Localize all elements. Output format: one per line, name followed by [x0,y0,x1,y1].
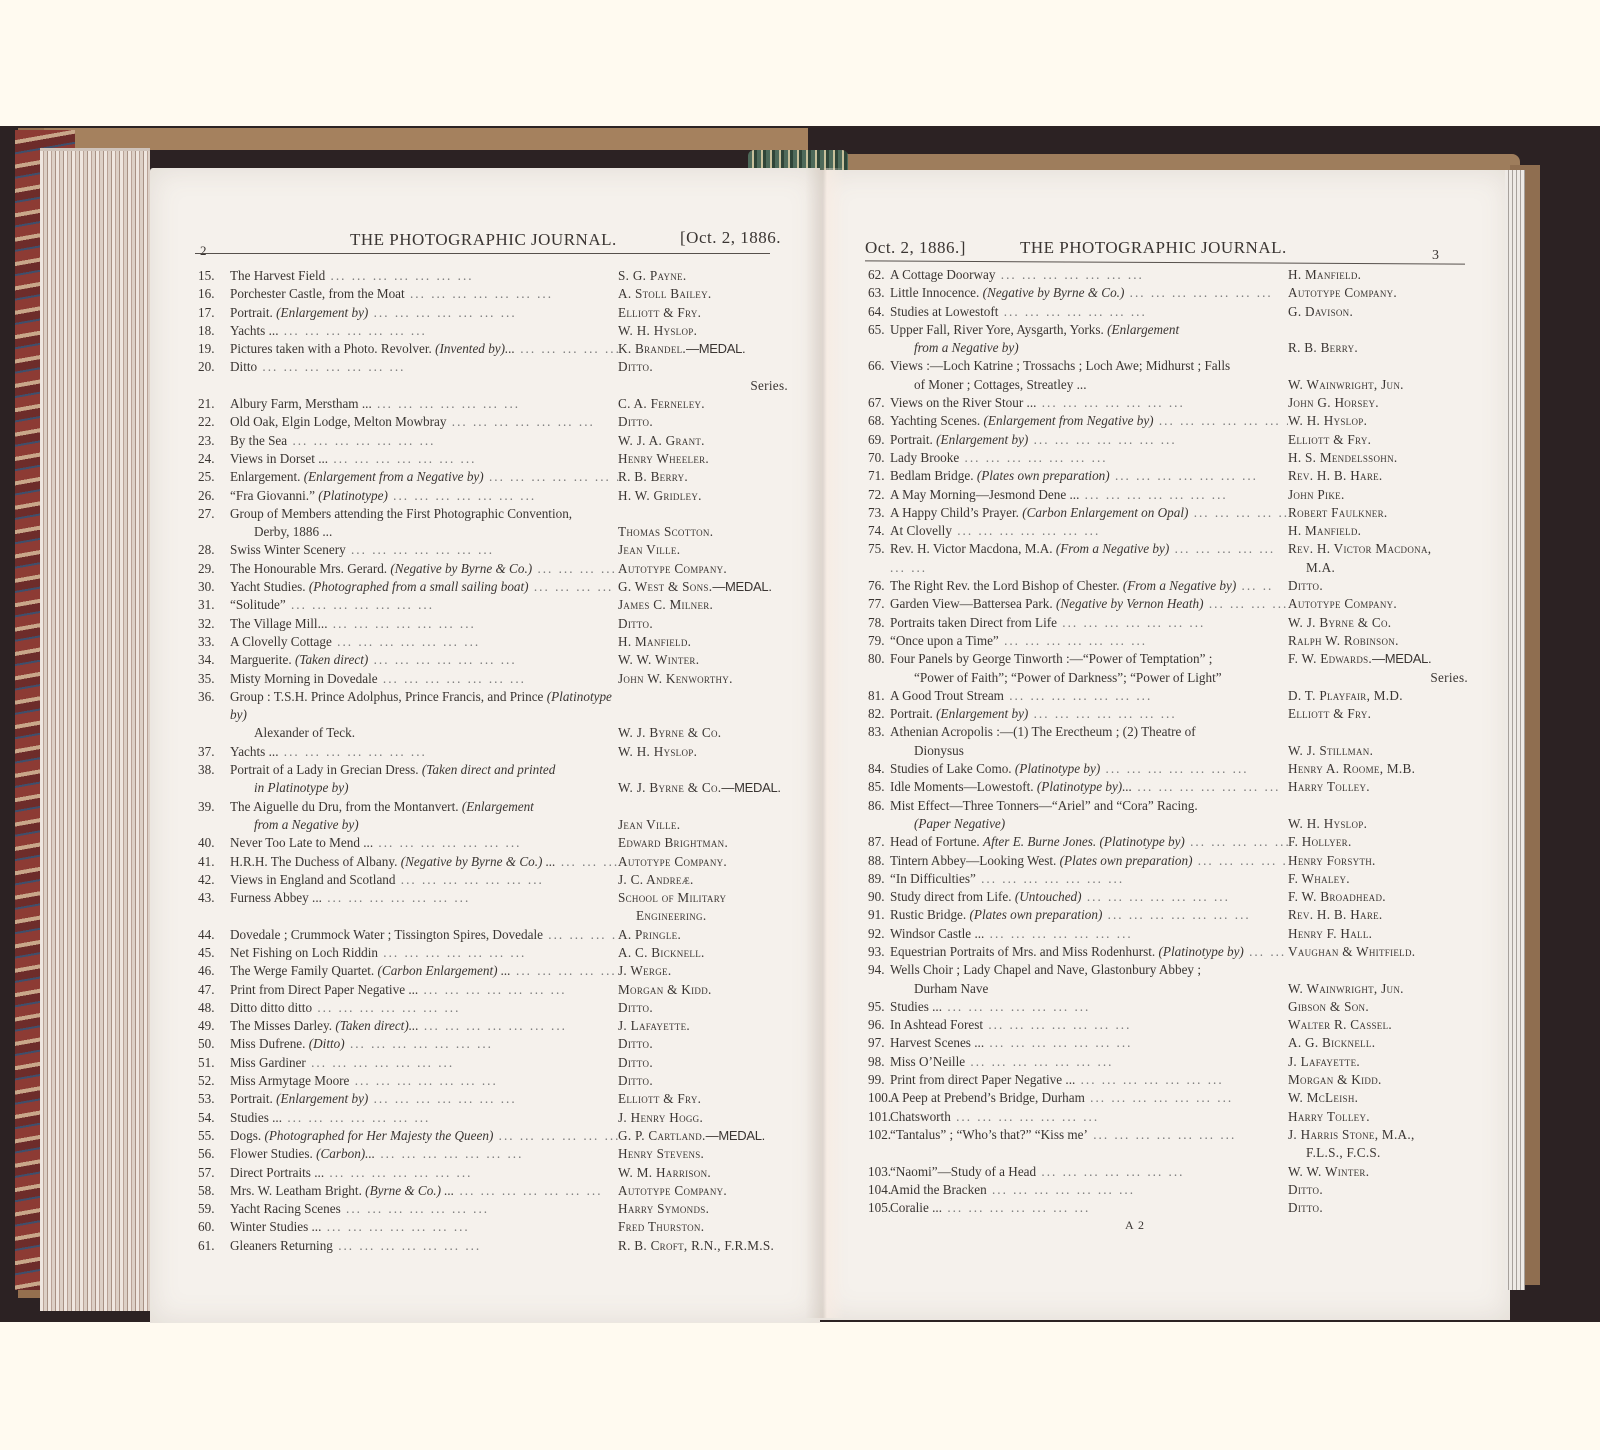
entry-number: 34. [198,651,230,669]
catalogue-entry: 33.A Clovelly Cottage ... ... ... ... ..… [198,633,788,651]
entry-exhibitor: R. B. Berry. [1288,339,1468,357]
catalogue-entry: 104.Amid the Bracken ... ... ... ... ...… [868,1181,1468,1199]
entry-title-continued: “Power of Faith”; “Power of Darkness”; “… [890,669,1288,687]
entry-note: (Taken direct and printed [422,762,555,777]
exhibitor-name: F. Hollyer. [1288,834,1352,849]
entry-title: Ditto ditto ditto ... ... ... ... ... ..… [230,999,602,1017]
entry-exhibitor: W. H. Hyslop. [1288,815,1468,833]
entry-number: 49. [198,1017,230,1035]
entry-number: 23. [198,432,230,450]
catalogue-entry: 83.Athenian Acropolis :—(1) The Erectheu… [868,723,1468,760]
entry-title-text: “Solitude” [230,597,286,612]
entry-title: Mrs. W. Leatham Bright. (Byrne & Co.) ..… [230,1182,618,1200]
entry-title: Furness Abbey ... ... ... ... ... ... ..… [230,889,618,926]
catalogue-entry: 59.Yacht Racing Scenes ... ... ... ... .… [198,1200,788,1218]
entry-title-text: “Once upon a Time” [890,633,999,648]
exhibitor-name: R. B. Berry. [618,469,688,484]
catalogue-entry: 26.“Fra Giovanni.” (Platinotype) ... ...… [198,487,788,505]
entry-title-text: “Tantalus” ; “Who’s that?” “Kiss me’ [890,1127,1088,1142]
entry-title: Portrait. (Enlargement by) ... ... ... .… [230,304,618,322]
entry-title: “Solitude” ... ... ... ... ... ... ... [230,596,618,614]
entry-number: 57. [198,1164,230,1182]
exhibitor-name: Gibson & Son. [1288,999,1369,1014]
entry-number: 42. [198,871,230,889]
header-rule [195,253,770,254]
entry-title-text: The Harvest Field [230,268,325,283]
exhibitor-name: James C. Milner. [618,597,713,612]
entry-title-text: Portraits taken Direct from Life [890,615,1057,630]
catalogue-entry: 71.Bedlam Bridge. (Plates own preparatio… [868,467,1468,485]
exhibitor-name: Ditto. [1288,1182,1323,1197]
entry-title-continued: of Moner ; Cottages, Streatley ... [890,376,1288,394]
leader-dots: ... ... ... ... ... ... ... [396,872,544,887]
catalogue-entry: 63.Little Innocence. (Negative by Byrne … [868,284,1468,302]
entry-exhibitor: Gibson & Son. [1288,998,1468,1016]
exhibitor-name: W. J. A. Grant. [618,433,705,448]
exhibitor-name: W. J. Byrne & Co. [618,725,721,740]
catalogue-entry: 19.Pictures taken with a Photo. Revolver… [198,340,788,358]
entry-exhibitor: Autotype Company. [618,853,788,871]
entry-note-continued: from a Negative by) [890,339,1288,357]
leader-dots: ... ... ... ... ... ... ... [511,963,618,978]
exhibitor-name: Ditto. [618,1036,653,1051]
entry-note: After E. Burne Jones. (Platinotype by) [983,834,1185,849]
entry-number: 73. [868,504,890,522]
exhibitor-name: R. B. Berry. [1288,340,1358,355]
entry-exhibitor: Ditto. [1272,1181,1468,1199]
entry-title-text: Yachts ... [230,323,279,338]
entry-number: 58. [198,1182,230,1200]
catalogue-entry: 54.Studies ... ... ... ... ... ... ... .… [198,1109,788,1127]
catalogue-entry: 39.The Aiguelle du Dru, from the Montanv… [198,798,788,835]
entry-title: Amid the Bracken ... ... ... ... ... ...… [890,1181,1272,1199]
catalogue-entry: 80.Four Panels by George Tinworth :—“Pow… [868,650,1468,687]
entry-title-continued: Dionysus [890,742,1288,760]
entry-exhibitor: Ditto. [602,413,788,431]
entry-title-text: A May Morning—Jesmond Dene ... [890,487,1079,502]
entry-number: 83. [868,723,890,760]
entry-number: 32. [198,615,230,633]
entry-title: A Clovelly Cottage ... ... ... ... ... .… [230,633,618,651]
catalogue-entry: 101.Chatsworth ... ... ... ... ... ... .… [868,1108,1468,1126]
entry-title: Dovedale ; Crummock Water ; Tissington S… [230,926,618,944]
entry-title-text: H.R.H. The Duchess of Albany. [230,854,397,869]
entry-number: 94. [868,961,890,998]
entry-title: Head of Fortune. After E. Burne Jones. (… [890,833,1288,851]
entry-note: (Negative by Byrne & Co.) [983,285,1125,300]
exhibitor-name: Ditto. [618,1055,653,1070]
entry-title-text: In Ashtead Forest [890,1017,983,1032]
catalogue-entry: 22.Old Oak, Elgin Lodge, Melton Mowbray … [198,413,788,431]
leader-dots: ... ... ... ... ... ... ... [1088,1127,1236,1142]
entry-title: Miss Armytage Moore ... ... ... ... ... … [230,1072,602,1090]
entry-title: Group of Members attending the First Pho… [230,505,618,542]
exhibitor-name: Fred Thurston. [618,1219,704,1234]
entry-number: 30. [198,578,230,596]
entry-title-text: Athenian Acropolis :—(1) The Erectheum ;… [890,724,1196,739]
entry-exhibitor: J. Lafayette. [618,1017,788,1035]
catalogue-entry: 88.Tintern Abbey—Looking West. (Plates o… [868,852,1468,870]
entry-title-text: A Clovelly Cottage [230,634,332,649]
entry-title: Idle Moments—Lowestoft. (Platinotype by)… [890,778,1288,796]
entry-title: By the Sea ... ... ... ... ... ... ... [230,432,618,450]
entry-title-text: Four Panels by George Tinworth :—“Power … [890,651,1212,666]
entry-exhibitor: Ditto. [602,1054,788,1072]
leader-dots: ... ... ... ... ... ... ... [1236,578,1272,593]
entry-title-text: Garden View—Battersea Park. [890,596,1053,611]
entry-exhibitor: Morgan & Kidd. [1288,1071,1468,1089]
entry-note: (From a Negative by) [1123,578,1236,593]
entry-title: A Peep at Prebend’s Bridge, Durham ... .… [890,1089,1288,1107]
exhibitor-name: Ditto. [618,616,653,631]
entry-title: Print from direct Paper Negative ... ...… [890,1071,1288,1089]
series-note: Series. [1288,669,1468,687]
catalogue-entry: 18.Yachts ... ... ... ... ... ... ... ..… [198,322,788,340]
entry-note: (Untouched) [1015,889,1082,904]
entry-note: (Enlargement from Negative by) [984,413,1154,428]
entry-exhibitor: W. McLeish. [1288,1089,1468,1107]
entry-title-text: Portrait. [890,706,933,721]
exhibitor-name: C. A. Ferneley. [618,396,705,411]
entry-title-text: Direct Portraits ... [230,1165,324,1180]
exhibitor-name: Morgan & Kidd. [1288,1072,1382,1087]
exhibitor-name: H. S. Mendelssohn. [1288,450,1397,465]
entry-number: 89. [868,870,890,888]
entry-title: Direct Portraits ... ... ... ... ... ...… [230,1164,618,1182]
entry-note: (Carbon Enlargement) ... [378,963,511,978]
leader-dots: ... ... ... ... ... ... ... [328,616,476,631]
exhibitor-name: Ditto. [618,414,653,429]
entry-title: Old Oak, Elgin Lodge, Melton Mowbray ...… [230,413,602,431]
entry-exhibitor: Henry Wheeler. [618,450,788,468]
entry-number: 81. [868,687,890,705]
entry-exhibitor: A. Stoll Bailey. [618,285,788,303]
entry-number: 67. [868,394,890,412]
exhibitor-name: John W. Kenworthy. [618,671,733,686]
catalogue-entry: 48.Ditto ditto ditto ... ... ... ... ...… [198,999,788,1017]
leader-dots: ... ... ... ... ... ... ... [368,652,516,667]
exhibitor-name: W. W. Winter. [618,652,699,667]
entry-title-text: Studies of Lake Como. [890,761,1012,776]
entry-note: (Plates own preparation) [970,907,1103,922]
entry-exhibitor: W. J. A. Grant. [618,432,788,450]
exhibitor-name: Henry Wheeler. [618,451,709,466]
entry-exhibitor: W. J. Stillman. [1288,742,1468,760]
entry-title-text: Bedlam Bridge. [890,468,974,483]
leader-dots: ... ... ... ... ... ... ... [1154,413,1288,428]
catalogue-entry: 95.Studies ... ... ... ... ... ... ... .… [868,998,1468,1016]
entry-exhibitor: G. Davison. [1288,303,1468,321]
exhibitor-name: School of Military [618,890,726,905]
catalogue-entry: 17.Portrait. (Enlargement by) ... ... ..… [198,304,788,322]
entry-title: “Fra Giovanni.” (Platinotype) ... ... ..… [230,487,618,505]
entry-note-continued: in Platinotype by) [230,779,618,797]
entry-title-text: Views in Dorset ... [230,451,328,466]
leader-dots: ... ... ... ... ... ... ... [306,1055,454,1070]
leader-dots: ... ... ... ... ... ... ... [332,634,480,649]
entry-title: “In Difficulties” ... ... ... ... ... ..… [890,870,1288,888]
entry-number: 19. [198,340,230,358]
leader-dots: ... ... ... ... ... ... ... [1075,1072,1223,1087]
entry-note: (Plates own preparation) [1060,853,1193,868]
entry-title-text: Ditto [230,359,257,374]
leader-dots: ... ... ... ... ... ... ... [952,523,1100,538]
catalogue-entry: 44.Dovedale ; Crummock Water ; Tissingto… [198,926,788,944]
entry-exhibitor: H. Manfield. [618,633,788,651]
catalogue-entry: 86.Mist Effect—Three Tonners—“Ariel” and… [868,797,1468,834]
entry-title: Yachts ... ... ... ... ... ... ... ... [230,322,618,340]
entry-exhibitor: D. T. Playfair, M.D. [1288,687,1468,705]
entry-number: 21. [198,395,230,413]
entry-number: 69. [868,431,890,449]
exhibitor-name: W. H. Hyslop. [618,323,697,338]
entry-title-text: Study direct from Life. [890,889,1012,904]
leader-dots: ... ... ... ... ... ... ... [368,1091,516,1106]
entry-title: Views in England and Scotland ... ... ..… [230,871,618,889]
entry-number: 38. [198,761,230,798]
entry-title: Studies ... ... ... ... ... ... ... ... [890,998,1288,1016]
entry-title-text: “Naomi”—Study of a Head [890,1164,1036,1179]
entry-title-text: Marguerite. [230,652,292,667]
entry-number: 70. [868,449,890,467]
entry-title: The Werge Family Quartet. (Carbon Enlarg… [230,962,618,980]
catalogue-entry: 93.Equestrian Portraits of Mrs. and Miss… [868,943,1468,961]
entry-exhibitor: Harry Tolley. [1288,1108,1468,1126]
entry-title-text: A Cottage Doorway [890,267,995,282]
catalogue-entry: 82.Portrait. (Enlargement by) ... ... ..… [868,705,1468,723]
entry-number: 56. [198,1145,230,1163]
entry-exhibitor: F. W. Edwards.—MEDAL.Series. [1288,650,1468,687]
entry-note: (Enlargement [462,799,534,814]
catalogue-entry: 69.Portrait. (Enlargement by) ... ... ..… [868,431,1468,449]
entry-number: 74. [868,522,890,540]
entry-exhibitor: A. G. Bicknell. [1288,1034,1468,1052]
entry-number: 55. [198,1127,230,1145]
entry-title-text: Lady Brooke [890,450,959,465]
entry-title-text: Portrait of a Lady in Grecian Dress. [230,762,419,777]
catalogue-entry: 89.“In Difficulties” ... ... ... ... ...… [868,870,1468,888]
entry-title-text: Amid the Bracken [890,1182,987,1197]
entry-number: 24. [198,450,230,468]
catalogue-entry: 70.Lady Brooke ... ... ... ... ... ... .… [868,449,1468,467]
catalogue-entry: 42.Views in England and Scotland ... ...… [198,871,788,889]
catalogue-entry: 58.Mrs. W. Leatham Bright. (Byrne & Co.)… [198,1182,788,1200]
catalogue-entry: 68.Yachting Scenes. (Enlargement from Ne… [868,412,1468,430]
exhibitor-name: Vaughan & Whitfield. [1288,944,1415,959]
entry-title: “Naomi”—Study of a Head ... ... ... ... … [890,1163,1288,1181]
leader-dots: ... ... ... ... ... ... ... [484,469,618,484]
exhibitor-name: W. J. Byrne & Co. [618,780,721,795]
entry-exhibitor: J. Lafayette. [1288,1053,1468,1071]
entry-title: Yacht Studies. (Photographed from a smal… [230,578,618,596]
entry-title: “Once upon a Time” ... ... ... ... ... .… [890,632,1288,650]
leader-dots: ... ... ... ... ... ... ... [493,1128,618,1143]
entry-number: 87. [868,833,890,851]
leader-dots: ... ... ... ... ... ... ... [1057,615,1205,630]
entry-exhibitor: W. J. Byrne & Co. [1288,614,1468,632]
page-number: 2 [200,243,207,259]
entry-title-text: “In Difficulties” [890,871,976,886]
entry-exhibitor: J. Harris Stone, M.A.,F.L.S., F.C.S. [1288,1126,1468,1163]
entry-exhibitor: Autotype Company. [1288,595,1468,613]
entry-title: Garden View—Battersea Park. (Negative by… [890,595,1288,613]
entry-title-text: A Good Trout Stream [890,688,1004,703]
entry-title-text: Studies ... [230,1110,282,1125]
entry-number: 92. [868,925,890,943]
entry-exhibitor: Ditto. [602,1072,788,1090]
entry-exhibitor: Rev. H. Victor Macdona,M.A. [1288,540,1468,577]
entry-number: 85. [868,778,890,796]
exhibitor-name: Robert Faulkner. [1288,505,1387,520]
exhibitor-name: Harry Tolley. [1288,1109,1370,1124]
entry-exhibitor: Elliott & Fry. [618,304,788,322]
entry-exhibitor: A. Pringle. [618,926,788,944]
entry-number: 96. [868,1016,890,1034]
entry-title-text: Flower Studies. [230,1146,313,1161]
exhibitor-name: Ditto. [618,1073,653,1088]
entry-number: 18. [198,322,230,340]
catalogue-entry: 62.A Cottage Doorway ... ... ... ... ...… [868,266,1468,284]
exhibitor-name: Henry A. Roome, M.B. [1288,761,1415,776]
entry-title: H.R.H. The Duchess of Albany. (Negative … [230,853,618,871]
exhibitor-name-continued: F.L.S., F.C.S. [1288,1144,1468,1162]
catalogue-entry: 73.A Happy Child’s Prayer. (Carbon Enlar… [868,504,1468,522]
entry-note: (Photographed for Her Majesty the Queen) [264,1128,493,1143]
catalogue-entry: 84.Studies of Lake Como. (Platinotype by… [868,760,1468,778]
entry-title-text: Print from Direct Paper Negative ... [230,982,418,997]
leader-dots: ... ... ... ... ... ... ... [529,579,618,594]
leader-dots: ... ... ... ... ... ... ... [333,1238,481,1253]
entry-title: Upper Fall, River Yore, Aysgarth, Yorks.… [890,321,1288,358]
right-page: Oct. 2, 1886.] THE PHOTOGRAPHIC JOURNAL.… [820,170,1510,1320]
exhibitor-name: Ditto. [1288,1200,1323,1215]
entry-title-text: Enlargement. [230,469,300,484]
entry-note: (Enlargement by) [276,1091,368,1106]
issue-date: [Oct. 2, 1886. [680,228,781,248]
entry-number: 100. [868,1089,890,1107]
entry-title-text: Studies at Lowestoft [890,304,998,319]
entry-exhibitor: G. West & Sons.—MEDAL. [618,578,788,596]
entry-number: 36. [198,688,230,743]
entry-exhibitor: K. Brandel.—MEDAL. [618,340,788,358]
exhibitor-name: G. West & Sons. [618,579,712,594]
entry-note: (Enlargement by) [276,305,368,320]
entry-title: The Village Mill... ... ... ... ... ... … [230,615,602,633]
entry-title: Miss Gardiner ... ... ... ... ... ... ..… [230,1054,602,1072]
exhibitor-name: F. W. Edwards. [1288,651,1372,666]
leader-dots: ... ... ... ... ... ... ... [388,488,536,503]
leader-dots: ... ... ... ... ... ... ... [312,1000,460,1015]
entry-title: Swiss Winter Scenery ... ... ... ... ...… [230,541,618,559]
entry-title: Studies at Lowestoft ... ... ... ... ...… [890,303,1288,321]
entry-number: 95. [868,998,890,1016]
entry-number: 44. [198,926,230,944]
entry-title-text: Furness Abbey ... [230,890,322,905]
exhibitor-name: W. H. Hyslop. [1288,413,1367,428]
entry-title: Pictures taken with a Photo. Revolver. (… [230,340,618,358]
entry-title: Misty Morning in Dovedale ... ... ... ..… [230,670,618,688]
entry-title-text: Miss Armytage Moore [230,1073,349,1088]
entry-number: 76. [868,577,890,595]
entry-title-text: Equestrian Portraits of Mrs. and Miss Ro… [890,944,1155,959]
left-page: 2 THE PHOTOGRAPHIC JOURNAL. [Oct. 2, 188… [150,168,820,1323]
leader-dots: ... ... ... ... ... ... ... [987,1182,1135,1197]
entry-title: Four Panels by George Tinworth :—“Power … [890,650,1288,687]
entry-note: (Negative by Byrne & Co.) [390,561,532,576]
entry-title-text: The Werge Family Quartet. [230,963,374,978]
entry-note: (Enlargement by) [936,432,1028,447]
entry-title: Gleaners Returning ... ... ... ... ... .… [230,1237,618,1255]
exhibitor-name: Harry Tolley. [1288,779,1370,794]
catalogue-entry: 35.Misty Morning in Dovedale ... ... ...… [198,670,788,688]
entry-title: Yachting Scenes. (Enlargement from Negat… [890,412,1288,430]
leader-dots: ... ... ... ... ... ... ... [1244,944,1288,959]
entry-title-text: Swiss Winter Scenery [230,542,346,557]
entry-title: Tintern Abbey—Looking West. (Plates own … [890,852,1288,870]
exhibitor-name: H. W. Gridley. [618,488,702,503]
page-stack-left [40,148,150,1311]
leader-dots: ... ... ... ... ... ... ... [1132,779,1280,794]
leader-dots: ... ... ... ... ... ... ... [1193,853,1289,868]
entry-title: Rev. H. Victor Macdona, M.A. (From a Neg… [890,540,1288,577]
entry-exhibitor: F. Hollyer. [1288,833,1468,851]
catalogue-entry: 52.Miss Armytage Moore ... ... ... ... .… [198,1072,788,1090]
leader-dots: ... ... ... ... ... ... ... [257,359,405,374]
entry-title: Print from Direct Paper Negative ... ...… [230,981,618,999]
leader-dots: ... ... ... ... ... ... ... [378,671,526,686]
entry-title-text: Portrait. [890,432,933,447]
catalogue-entry: 92.Windsor Castle ... ... ... ... ... ..… [868,925,1468,943]
exhibitor-name: F. Whaley. [1288,871,1350,886]
medal-award: —MEDAL. [721,780,780,795]
exhibitor-name: W. H. Hyslop. [1288,816,1367,831]
exhibitor-name: Edward Brightman. [618,835,728,850]
entry-exhibitor: Ditto. [602,1035,788,1053]
entry-title-continued: Durham Nave [890,980,1288,998]
entry-title-text: Head of Fortune. [890,834,980,849]
catalogue-entry: 97.Harvest Scenes ... ... ... ... ... ..… [868,1034,1468,1052]
entry-title-text: Mrs. W. Leatham Bright. [230,1183,362,1198]
exhibitor-name: Morgan & Kidd. [618,982,712,997]
leader-dots: ... ... ... ... ... ... ... [419,1018,567,1033]
exhibitor-name: W. J. Byrne & Co. [1288,615,1391,630]
leader-dots: ... ... ... ... ... ... ... [984,1035,1132,1050]
entry-note: (Platinotype) [318,488,388,503]
entry-title: Albury Farm, Merstham ... ... ... ... ..… [230,395,618,413]
entry-title: Studies of Lake Como. (Platinotype by) .… [890,760,1288,778]
leader-dots: ... ... ... ... ... ... ... [1124,285,1272,300]
exhibitor-name: Autotype Company. [618,1183,727,1198]
entry-exhibitor: Harry Symonds. [618,1200,788,1218]
exhibitor-name: G. Davison. [1288,304,1353,319]
leader-dots: ... ... ... ... ... ... ... [515,341,618,356]
leader-dots: ... ... ... ... ... ... ... [1036,395,1184,410]
entry-number: 63. [868,284,890,302]
entry-title-continued: Derby, 1886 ... [230,523,618,541]
catalogue-entry: 30.Yacht Studies. (Photographed from a s… [198,578,788,596]
entry-title: Yachts ... ... ... ... ... ... ... ... [230,743,618,761]
exhibitor-name: Ralph W. Robinson. [1288,633,1399,648]
entry-title-text: Net Fishing on Loch Riddin [230,945,378,960]
catalogue-entry: 76.The Right Rev. the Lord Bishop of Che… [868,577,1468,595]
entry-exhibitor: School of MilitaryEngineering. [618,889,788,926]
entry-title-text: Views on the River Stour ... [890,395,1036,410]
entry-number: 60. [198,1218,230,1236]
entry-exhibitor: J. Henry Hogg. [618,1109,788,1127]
entry-number: 101. [868,1108,890,1126]
entry-number: 79. [868,632,890,650]
entry-note: (Photographed from a small sailing boat) [309,579,529,594]
